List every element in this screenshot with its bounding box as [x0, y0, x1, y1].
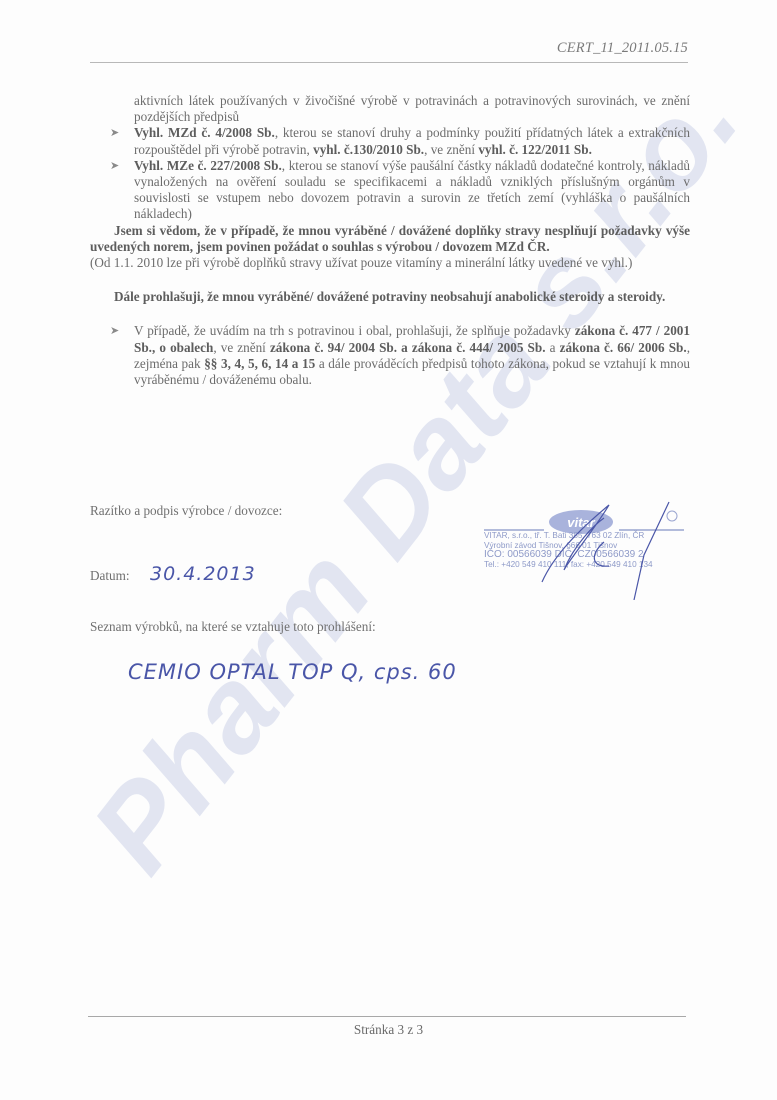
list-item: ➤ Vyhl. MZd č. 4/2008 Sb., kterou se sta… — [90, 125, 690, 157]
footer-divider — [88, 1016, 686, 1017]
stamp-signature-label: Razítko a podpis výrobce / dovozce: — [90, 503, 282, 519]
declaration-requirements: Jsem si vědom, že v případě, že mnou vyr… — [90, 223, 690, 255]
document-code: CERT_11_2011.05.15 — [557, 40, 688, 57]
date-label: Datum: — [90, 568, 130, 584]
arrow-bullet-icon: ➤ — [110, 125, 119, 141]
document-body: aktivních látek používaných v živočišné … — [90, 93, 690, 388]
arrow-bullet-icon: ➤ — [110, 323, 119, 339]
arrow-bullet-icon: ➤ — [110, 158, 119, 174]
page-number: Stránka 3 z 3 — [0, 1022, 777, 1038]
handwritten-signature — [484, 500, 684, 600]
list-item-continuation: aktivních látek používaných v živočišné … — [90, 93, 690, 125]
company-stamp: vitar VITAR, s.r.o., tř. T. Bati 385, 76… — [484, 500, 684, 600]
declaration-steroids: Dále prohlašuji, že mnou vyráběné/ dováž… — [90, 289, 690, 305]
products-label: Seznam výrobků, na které se vztahuje tot… — [90, 619, 376, 635]
header-divider — [90, 62, 688, 63]
list-item: ➤ Vyhl. MZe č. 227/2008 Sb., kterou se s… — [90, 158, 690, 223]
note-vitamins: (Od 1.1. 2010 lze při výrobě doplňků str… — [90, 255, 690, 271]
date-value: 30.4.2013 — [150, 563, 256, 585]
document-page: Pharm Data s.r.o. CERT_11_2011.05.15 akt… — [0, 0, 777, 1100]
products-value: CEMIO OPTAL TOP Q, cps. 60 — [128, 660, 457, 684]
list-item: ➤ V případě, že uvádím na trh s potravin… — [90, 323, 690, 388]
page-header: CERT_11_2011.05.15 — [90, 40, 688, 66]
